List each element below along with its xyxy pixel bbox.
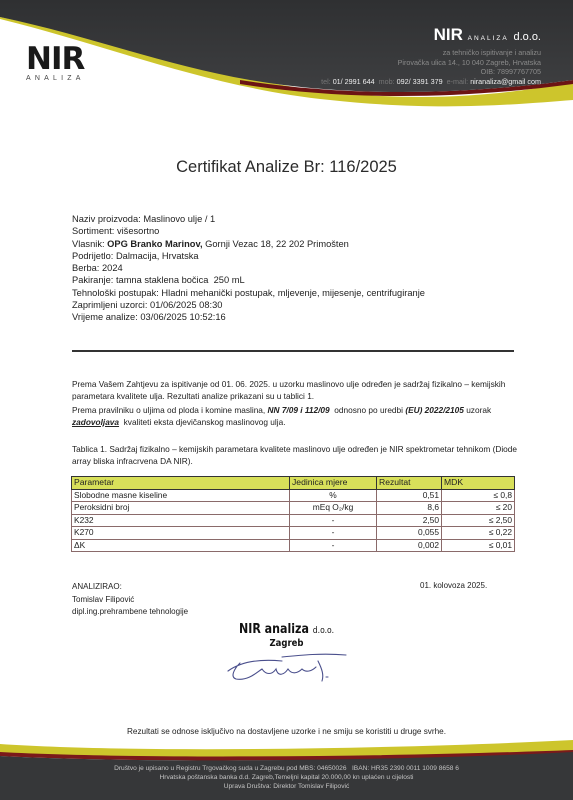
analyst-label: ANALIZIRAO: (72, 581, 188, 594)
company-header: NIR ANALIZA d.o.o. za tehničko ispitivan… (321, 26, 541, 86)
info-sortiment: Sortiment: višesortno (72, 225, 425, 237)
cell-result: 0,055 (377, 527, 442, 540)
cell-param: K270 (72, 527, 290, 540)
cell-unit: - (290, 514, 377, 527)
stamp-city: Zagreb (43, 638, 530, 649)
stamp-suffix: d.o.o. (313, 626, 334, 636)
product-info: Naziv proizvoda: Maslinovo ulje / 1 Sort… (72, 213, 425, 324)
brand-nir: NIR (434, 25, 463, 44)
col-parametar: Parametar (72, 477, 290, 490)
table-caption: Tablica 1. Sadržaj fizikalno – kemijskih… (72, 444, 517, 467)
table-row: Slobodne masne kiseline%0,51≤ 0,8 (72, 489, 515, 502)
cell-unit: mEq O₂/kg (290, 502, 377, 515)
disclaimer: Rezultati se odnose isključivo na dostav… (0, 727, 573, 736)
table-row: K232-2,50≤ 2,50 (72, 514, 515, 527)
col-mdk: MDK (442, 477, 515, 490)
info-zaprimljeni: Zaprimljeni uzorci: 01/06/2025 08:30 (72, 299, 425, 311)
issue-date: 01. kolovoza 2025. (420, 581, 487, 590)
divider (72, 350, 514, 352)
company-tagline: za tehničko ispitivanje i analizu (321, 48, 541, 58)
table-row: ΔK-0,002≤ 0,01 (72, 539, 515, 552)
signature-scribble (222, 651, 352, 685)
info-postupak: Tehnološki postupak: Hladni mehanički po… (72, 287, 425, 299)
cell-mdk: ≤ 2,50 (442, 514, 515, 527)
email-label: e-mail: (447, 77, 469, 86)
cell-param: Peroksidni broj (72, 502, 290, 515)
company-oib: OIB: 78997767705 (321, 67, 541, 77)
info-berba: Berba: 2024 (72, 262, 425, 274)
tel-label: tel: (321, 77, 331, 86)
company-address: Pirovačka ulica 14., 10 040 Zagreb, Hrva… (321, 58, 541, 68)
analyst-title: dipl.ing.prehrambene tehnologije (72, 606, 188, 619)
col-rezultat: Rezultat (377, 477, 442, 490)
email-value[interactable]: niranaliza@gmail com (470, 77, 541, 86)
mob-label: mob: (379, 77, 395, 86)
paragraph-request: Prema Vašem Zahtjevu za ispitivanje od 0… (72, 379, 517, 402)
verdict: zadovoljava (72, 417, 119, 427)
col-jedinica: Jedinica mjere (290, 477, 377, 490)
footer-line-3: Uprava Društva: Direktor Tomislav Filipo… (0, 782, 573, 791)
info-podrijetlo: Podrijetlo: Dalmacija, Hrvatska (72, 250, 425, 262)
certificate-page: NIR ANALIZA NIR ANALIZA d.o.o. za tehnič… (0, 0, 573, 800)
info-naziv: Naziv proizvoda: Maslinovo ulje / 1 (72, 213, 425, 225)
logo-nir-text: NIR (26, 44, 85, 74)
footer-line-1: Društvo je upisano u Registru Trgovačkog… (0, 764, 573, 773)
footer-line-2: Hrvatska poštanska banka d.d. Zagreb,Tem… (0, 773, 573, 782)
cell-result: 8,6 (377, 502, 442, 515)
logo-analiza-text: ANALIZA (26, 75, 85, 82)
cell-unit: % (290, 489, 377, 502)
cell-param: Slobodne masne kiseline (72, 489, 290, 502)
nir-analiza-logo: NIR ANALIZA (26, 44, 85, 82)
cell-unit: - (290, 527, 377, 540)
analyst-block: ANALIZIRAO: Tomislav Filipović dipl.ing.… (72, 581, 188, 619)
cell-mdk: ≤ 0,8 (442, 489, 515, 502)
analyst-name: Tomislav Filipović (72, 594, 188, 607)
cell-mdk: ≤ 0,22 (442, 527, 515, 540)
info-vlasnik: Vlasnik: OPG Branko Marinov, Gornji Veza… (72, 238, 425, 250)
cell-mdk: ≤ 0,01 (442, 539, 515, 552)
company-contact: tel: 01/ 2991 644 mob: 092/ 3391 379 e-m… (321, 77, 541, 87)
brand-suffix: d.o.o. (513, 31, 541, 43)
table-row: Peroksidni brojmEq O₂/kg8,6≤ 20 (72, 502, 515, 515)
table-row: K270-0,055≤ 0,22 (72, 527, 515, 540)
regulation-eu: (EU) 2022/2105 (405, 405, 464, 415)
mob-value: 092/ 3391 379 (397, 77, 443, 86)
footer: Društvo je upisano u Registru Trgovačkog… (0, 764, 573, 791)
company-brand: NIR ANALIZA d.o.o. (321, 26, 541, 48)
tel-value: 01/ 2991 644 (333, 77, 375, 86)
regulation-nn: NN 7/09 i 112/09 (268, 405, 330, 415)
stamp-company: NIR analiza (239, 622, 309, 637)
cell-unit: - (290, 539, 377, 552)
brand-analiza: ANALIZA (468, 35, 509, 42)
info-pakiranje: Pakiranje: tamna staklena bočica 250 mL (72, 274, 425, 286)
cell-result: 0,002 (377, 539, 442, 552)
cell-param: ΔK (72, 539, 290, 552)
cell-mdk: ≤ 20 (442, 502, 515, 515)
cell-param: K232 (72, 514, 290, 527)
certificate-title: Certifikat Analize Br: 116/2025 (0, 158, 573, 177)
paragraph-regulation: Prema pravilniku o uljima od ploda i kom… (72, 405, 517, 428)
cell-result: 2,50 (377, 514, 442, 527)
results-table: Parametar Jedinica mjere Rezultat MDK Sl… (71, 476, 515, 552)
info-vrijeme: Vrijeme analize: 03/06/2025 10:52:16 (72, 311, 425, 323)
table-header-row: Parametar Jedinica mjere Rezultat MDK (72, 477, 515, 490)
cell-result: 0,51 (377, 489, 442, 502)
company-stamp: NIR analiza d.o.o. Zagreb (0, 622, 573, 685)
